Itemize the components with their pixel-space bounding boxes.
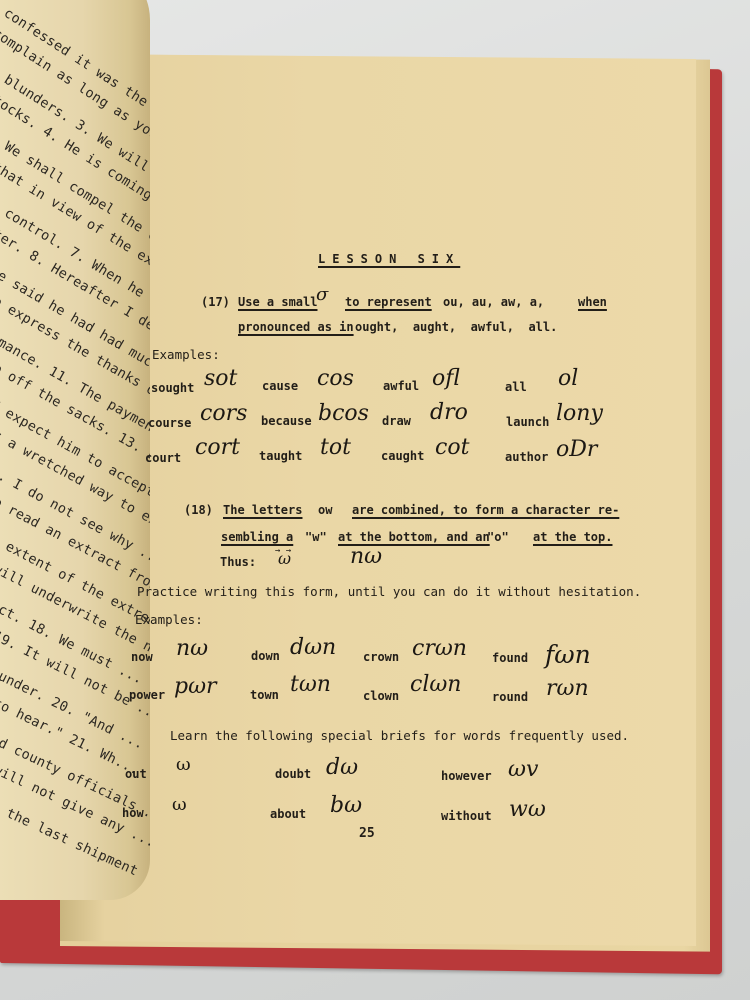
- rule-17-text: when: [578, 295, 607, 309]
- word-aught: aught,: [413, 320, 456, 334]
- rule-18-text: The letters: [223, 503, 302, 517]
- shorthand-script: nω: [350, 544, 382, 569]
- brief-word: however: [441, 769, 492, 783]
- rule-18-text: sembling a: [221, 530, 293, 544]
- rule-17-text: Use a small: [238, 295, 317, 309]
- example-word: awful: [383, 379, 419, 393]
- shorthand-script: crωn: [412, 636, 467, 661]
- right-page-content: LESSON SIX (17) Use a small σ to represe…: [0, 0, 750, 1000]
- shorthand-script: ω: [172, 794, 187, 815]
- rule-18-letters: ow: [318, 503, 332, 517]
- brief-word: out: [125, 767, 147, 781]
- word-awful: awful,: [471, 320, 514, 334]
- brief-word: doubt: [275, 767, 311, 781]
- shorthand-script: cos: [317, 366, 354, 391]
- example-word: court: [145, 451, 181, 465]
- shorthand-script: pωr: [174, 674, 217, 699]
- thus-label: Thus:: [220, 555, 256, 569]
- shorthand-script: dωn: [290, 635, 336, 660]
- shorthand-script: dro: [430, 400, 468, 425]
- shorthand-script: wω: [509, 797, 546, 822]
- rule-17-text: to represent: [345, 295, 432, 309]
- example-word: because: [261, 414, 312, 428]
- shorthand-script: clωn: [410, 672, 461, 697]
- rule-17-number: (17): [201, 295, 230, 309]
- shorthand-script: ωv: [508, 757, 538, 782]
- shorthand-script: oDr: [556, 437, 597, 462]
- example-word: cause: [262, 379, 298, 393]
- rule-17-text: pronounced as in: [238, 320, 354, 334]
- example-word: found: [492, 651, 528, 665]
- example-word: launch: [506, 415, 549, 429]
- word-all: all.: [528, 320, 557, 334]
- shorthand-script: ol: [558, 366, 578, 391]
- example-word: draw: [382, 414, 411, 428]
- example-word: course: [148, 416, 191, 430]
- small-o-symbol: σ: [316, 284, 328, 305]
- shorthand-script: tωn: [290, 672, 331, 697]
- shorthand-script: fωn: [545, 640, 591, 669]
- shorthand-script: tot: [320, 435, 351, 460]
- shorthand-script: lony: [556, 401, 603, 426]
- briefs-intro: Learn the following special briefs for w…: [170, 728, 629, 743]
- shorthand-script: cors: [200, 401, 247, 426]
- shorthand-script: ω: [176, 754, 191, 775]
- example-word: author: [505, 450, 548, 464]
- rule-17-sounds: ou, au, aw, a,: [443, 295, 544, 309]
- shorthand-script: nω: [176, 636, 208, 661]
- example-word: round: [492, 690, 528, 704]
- shorthand-script: cort: [195, 435, 240, 460]
- practice-instruction: Practice writing this form, until you ca…: [137, 584, 641, 599]
- shorthand-script: cot: [435, 435, 469, 460]
- brief-word: without: [441, 809, 492, 823]
- example-word: town: [250, 688, 279, 702]
- rule-18-number: (18): [184, 503, 213, 517]
- example-word: caught: [381, 449, 424, 463]
- word-ought: ought,: [355, 320, 398, 334]
- shorthand-script: sot: [204, 366, 237, 391]
- shorthand-script: bcos: [318, 401, 369, 426]
- example-word: taught: [259, 449, 302, 463]
- shorthand-script: bω: [330, 793, 362, 818]
- brief-word: how: [122, 806, 144, 820]
- examples-label: Examples:: [135, 612, 203, 627]
- brief-word: about: [270, 807, 306, 821]
- ow-symbol: ω: [278, 549, 291, 568]
- page-number: 25: [359, 826, 375, 841]
- shorthand-script: ofl: [432, 366, 460, 391]
- lesson-title: LESSON SIX: [318, 252, 460, 266]
- rule-18-o: "o": [487, 530, 509, 544]
- examples-label: Examples:: [152, 347, 220, 362]
- example-word: now: [131, 650, 153, 664]
- example-word: sought: [151, 381, 194, 395]
- shorthand-script: rωn: [546, 676, 589, 701]
- example-word: crown: [363, 650, 399, 664]
- shorthand-script: dω: [326, 755, 358, 780]
- rule-17-example-words: ought, aught, awful, all.: [355, 320, 557, 334]
- example-word: down: [251, 649, 280, 663]
- example-word: power: [129, 688, 165, 702]
- example-word: clown: [363, 689, 399, 703]
- rule-18-text: at the top.: [533, 530, 612, 544]
- rule-18-text: are combined, to form a character re-: [352, 503, 619, 517]
- rule-18-text: at the bottom, and an: [338, 530, 490, 544]
- rule-18-w: "w": [305, 530, 327, 544]
- example-word: all: [505, 380, 527, 394]
